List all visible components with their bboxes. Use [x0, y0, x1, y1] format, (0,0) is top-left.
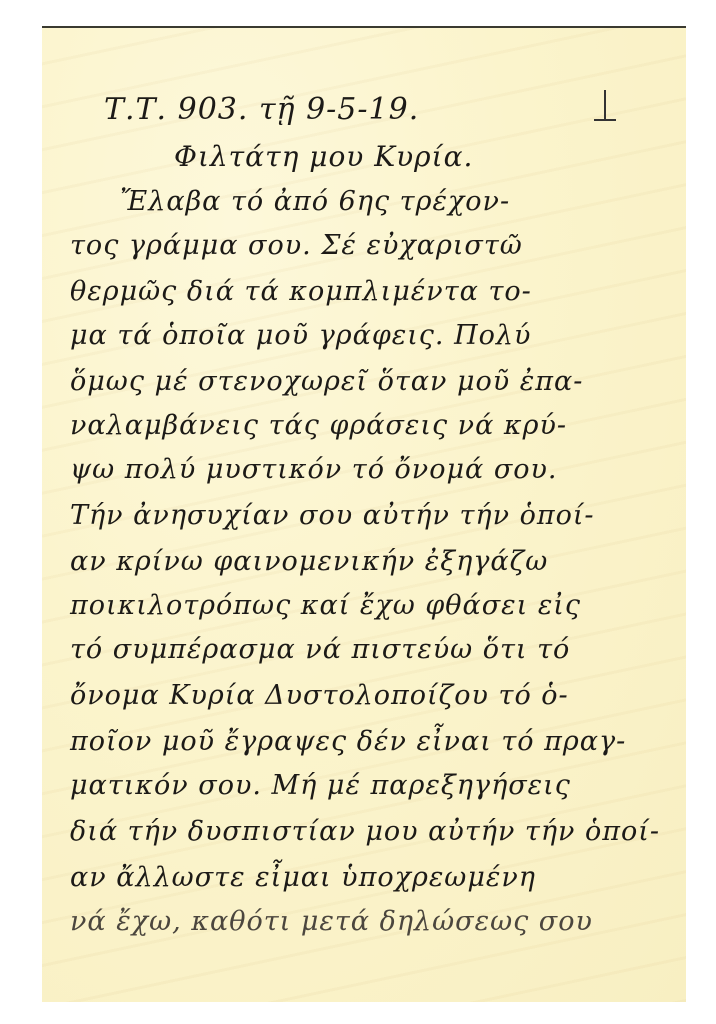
letter-line: ὄνομα Κυρία Δυστολοποίζου τό ὁ-	[70, 680, 569, 711]
letter-line: ὅμως μέ στενοχωρεῖ ὅταν μοῦ ἐπα-	[70, 366, 583, 397]
letter-line: Τήν ἀνησυχίαν σου αὐτήν τήν ὁποί-	[70, 500, 595, 531]
letter-line: ποῖον μοῦ ἔγραψες δέν εἶναι τό πραγ-	[70, 726, 626, 757]
page-number-stem	[604, 90, 606, 120]
letter-line: διά τήν δυσπιστίαν μου αὐτήν τήν ὁποί-	[70, 816, 660, 847]
letter-line: τος γράμμα σου. Σέ εὐχαριστῶ	[70, 230, 523, 261]
letter-line: μα τά ὁποῖα μοῦ γράφεις. Πολύ	[70, 320, 531, 351]
letter-line: αν ἄλλωστε εἶμαι ὑποχρεωμένη	[70, 862, 536, 893]
letter-date: Τ.Τ. 903. τῇ 9-5-19.	[104, 92, 419, 127]
letter-line: ναλαμβάνεις τάς φράσεις νά κρύ-	[70, 410, 567, 441]
letter-line: ψω πολύ μυστικόν τό ὄνομά σου.	[70, 454, 558, 485]
letter-line: Ἔλαβα τό ἀπό 6ης τρέχον-	[120, 186, 510, 217]
page-number-base	[594, 119, 616, 121]
letter-line: ποικιλοτρόπως καί ἔχω φθάσει εἰς	[70, 590, 581, 621]
letter-line: νά ἔχω, καθότι μετά δηλώσεως σου	[70, 906, 593, 937]
letter-line: θερμῶς διά τά κομπλιμέντα το-	[70, 276, 532, 307]
letter-line: ματικόν σου. Μή μέ παρεξηγήσεις	[70, 770, 571, 801]
page-number-mark	[594, 90, 616, 124]
letter-paper: Τ.Τ. 903. τῇ 9-5-19. Φιλτάτη μου Κυρία. …	[42, 26, 686, 1002]
letter-line: αν κρίνω φαινομενικήν ἐξηγάζω	[70, 546, 548, 577]
letter-salutation: Φιλτάτη μου Κυρία.	[174, 140, 473, 173]
letter-line: τό συμπέρασμα νά πιστεύω ὅτι τό	[70, 634, 570, 665]
